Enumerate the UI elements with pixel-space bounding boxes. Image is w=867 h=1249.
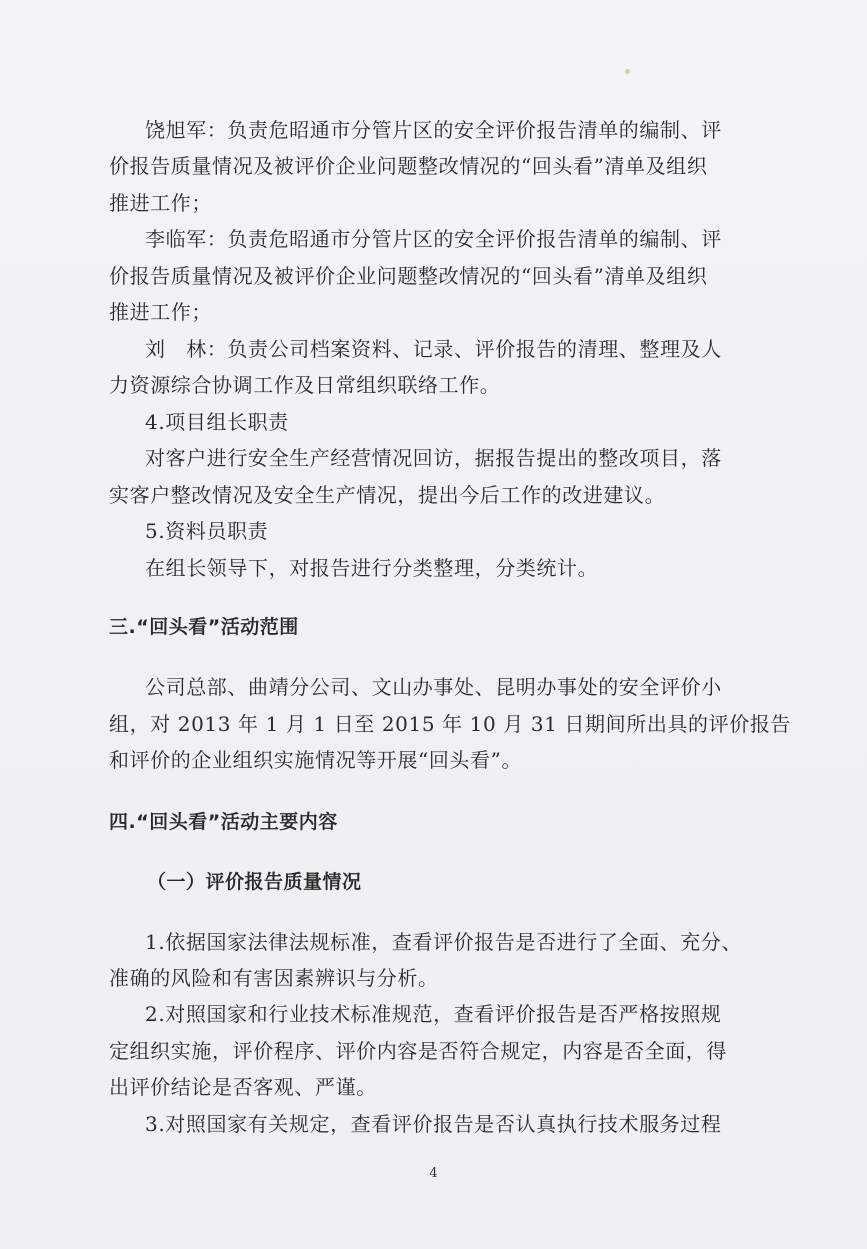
text-line: 1.依据国家法律法规标准，查看评价报告是否进行了全面、充分、	[145, 930, 742, 954]
text-line: 推进工作；	[109, 300, 212, 324]
text-line: 李临军：负责危昭通市分管片区的安全评价报告清单的编制、评	[145, 227, 722, 251]
text-line: 3.对照国家有关规定，查看评价报告是否认真执行技术服务过程	[145, 1112, 721, 1136]
section-heading: 三.“回头看”活动范围	[109, 615, 299, 639]
text-line: 公司总部、曲靖分公司、文山办事处、昆明办事处的安全评价小	[145, 675, 722, 699]
text-line: 2.对照国家和行业技术标准规范，查看评价报告是否严格按照规	[145, 1002, 721, 1026]
text-line: 组，对 2013 年 1 月 1 日至 2015 年 10 月 31 日期间所出…	[109, 712, 791, 736]
numbered-item-title: 4.项目组长职责	[145, 410, 289, 434]
section-heading: 四.“回头看”活动主要内容	[109, 810, 338, 834]
subsection-heading: （一）评价报告质量情况	[147, 870, 362, 894]
text-line: 推进工作；	[109, 191, 212, 215]
text-line: 饶旭军：负责危昭通市分管片区的安全评价报告清单的编制、评	[145, 118, 722, 142]
document-page: 饶旭军：负责危昭通市分管片区的安全评价报告清单的编制、评 价报告质量情况及被评价…	[0, 0, 867, 1249]
text-line: 价报告质量情况及被评价企业问题整改情况的“回头看”清单及组织	[109, 264, 707, 288]
text-line: 刘 林：负责公司档案资料、记录、评价报告的清理、整理及人	[145, 337, 722, 361]
text-line: 对客户进行安全生产经营情况回访，据报告提出的整改项目，落	[145, 446, 722, 470]
text-line: 和评价的企业组织实施情况等开展“回头看”。	[109, 748, 522, 772]
text-line: 定组织实施，评价程序、评价内容是否符合规定，内容是否全面，得	[109, 1039, 727, 1063]
numbered-item-title: 5.资料员职责	[145, 519, 268, 543]
text-line: 实客户整改情况及安全生产情况，提出今后工作的改进建议。	[109, 483, 665, 507]
text-line: 出评价结论是否客观、严谨。	[109, 1075, 377, 1099]
text-line: 在组长领导下，对报告进行分类整理，分类统计。	[145, 556, 598, 580]
text-line: 价报告质量情况及被评价企业问题整改情况的“回头看”清单及组织	[109, 154, 707, 178]
page-number: 4	[0, 1166, 867, 1181]
scan-speck	[625, 69, 630, 74]
text-line: 力资源综合协调工作及日常组织联络工作。	[109, 373, 500, 397]
text-line: 准确的风险和有害因素辨识与分析。	[109, 966, 439, 990]
